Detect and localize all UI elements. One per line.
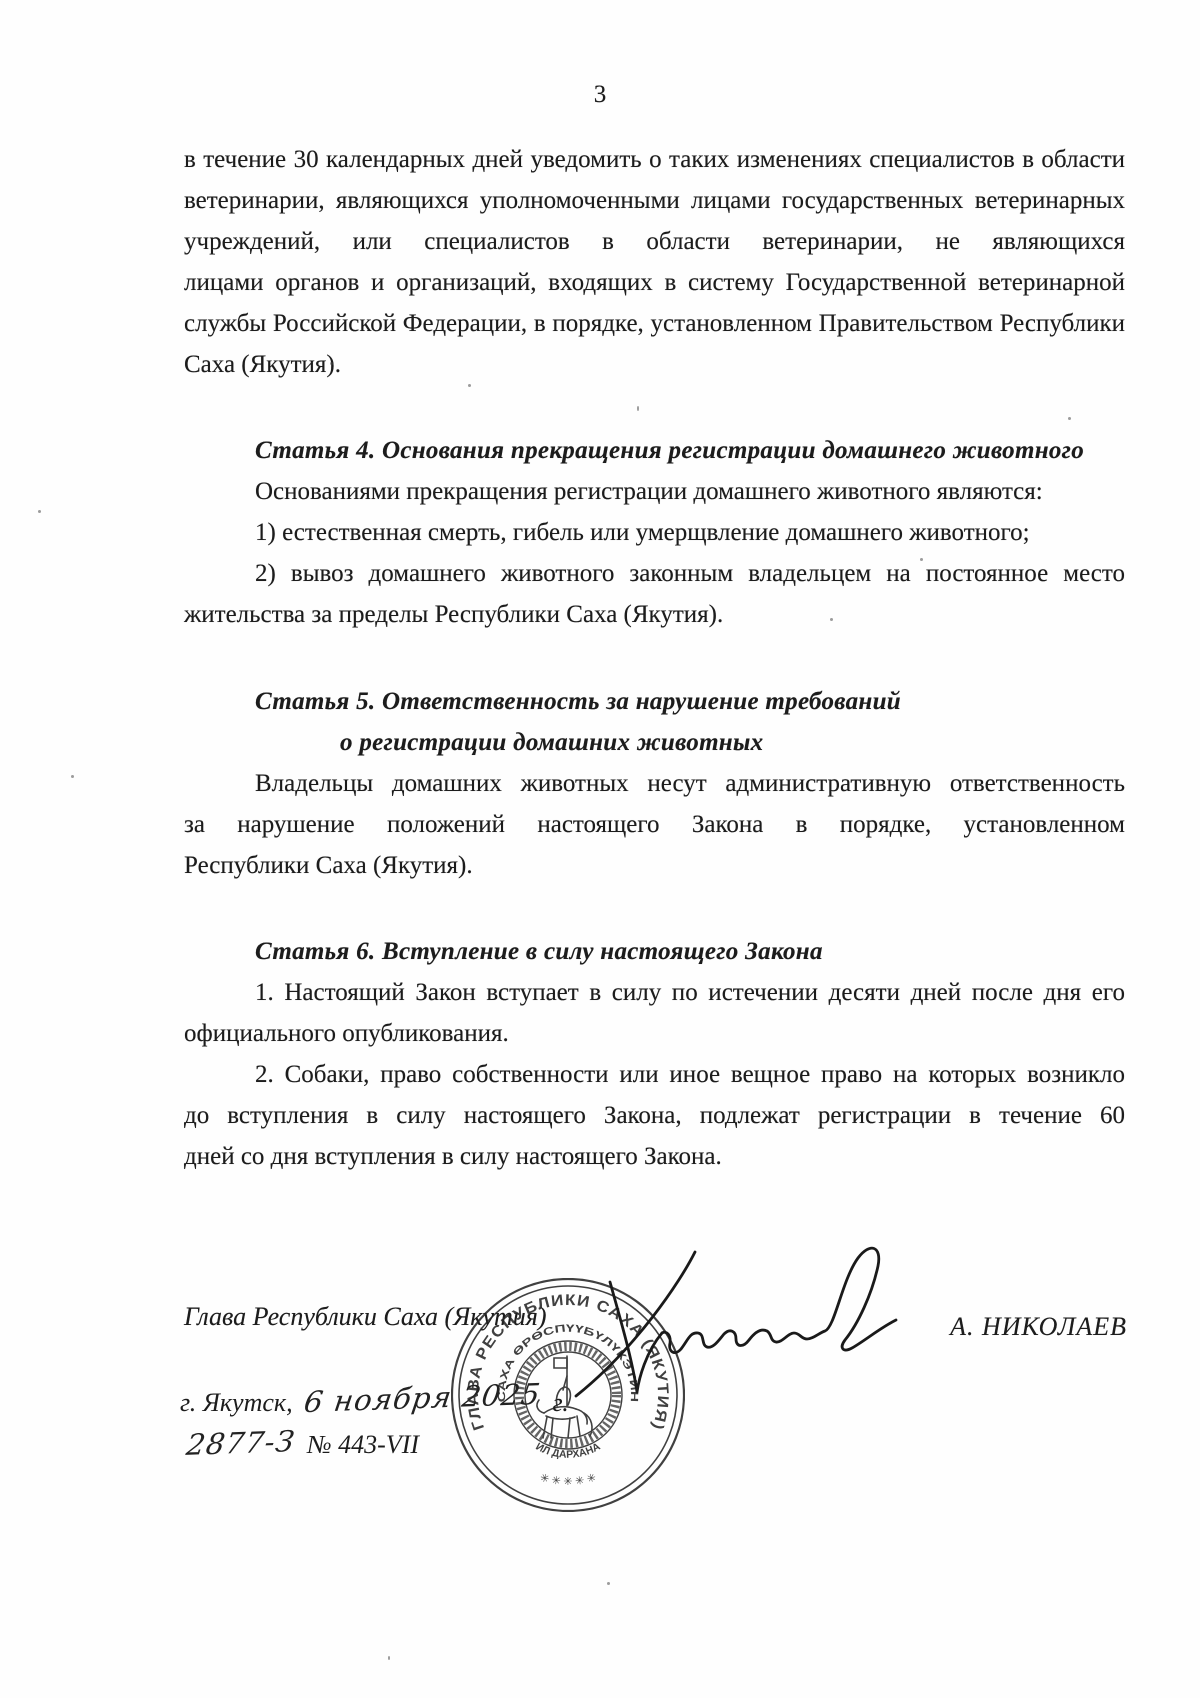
handwritten-doc-number: 2877-З xyxy=(184,1423,297,1463)
article-4-title: Статья 4. Основания прекращения регистра… xyxy=(184,430,1125,471)
text-line: ветеринарии, являющихся уполномоченными … xyxy=(184,180,1125,221)
article-5-title-line2: о регистрации домашних животных xyxy=(184,722,1125,763)
scan-speck xyxy=(920,558,923,561)
text-line: 1. Настоящий Закон вступает в силу по ис… xyxy=(184,972,1125,1013)
text-line: Саха (Якутия). xyxy=(184,344,1125,385)
stamp-stars: ✳ ✳ ✳ ✳ ✳ xyxy=(538,1472,597,1488)
text-line: 2. Собаки, право собственности или иное … xyxy=(184,1054,1125,1095)
text-line: Основаниями прекращения регистрации дома… xyxy=(184,471,1125,512)
document-number-line: 2877-З № 443-VII xyxy=(187,1425,419,1463)
scan-speck xyxy=(388,1656,390,1660)
scan-speck xyxy=(830,618,833,621)
page-number: 3 xyxy=(0,80,1200,110)
scanned-document-page: 3 в течение 30 календарных дней уведомит… xyxy=(0,0,1200,1698)
scan-speck xyxy=(607,1582,610,1585)
scan-speck xyxy=(71,775,74,778)
article-5-title: Статья 5. Ответственность за нарушение т… xyxy=(184,681,1125,722)
scan-speck xyxy=(38,510,41,513)
place-label: г. Якутск, xyxy=(180,1388,293,1417)
text-line: 2) вывоз домашнего животного законным вл… xyxy=(184,553,1125,594)
scan-speck xyxy=(637,406,639,411)
text-line: официального опубликования. xyxy=(184,1013,1125,1054)
handwritten-signature xyxy=(540,1230,930,1415)
article-6-title: Статья 6. Вступление в силу настоящего З… xyxy=(184,931,1125,972)
svg-text:✳ ✳ ✳ ✳ ✳: ✳ ✳ ✳ ✳ ✳ xyxy=(538,1472,597,1488)
scan-speck xyxy=(468,384,471,387)
doc-number-printed: № 443-VII xyxy=(307,1430,419,1459)
text-line: учреждений, или специалистов в области в… xyxy=(184,221,1125,262)
text-line: дней со дня вступления в силу настоящего… xyxy=(184,1136,1125,1177)
svg-text:ИЛ ДАРХАНА: ИЛ ДАРХАНА xyxy=(534,1440,603,1460)
text-line: службы Российской Федерации, в порядке, … xyxy=(184,303,1125,344)
stamp-sakha-text-bottom: ИЛ ДАРХАНА xyxy=(534,1440,603,1460)
text-line: за нарушение положений настоящего Закона… xyxy=(184,804,1125,845)
text-line: лицами органов и организаций, входящих в… xyxy=(184,262,1125,303)
text-line: жительства за пределы Республики Саха (Я… xyxy=(184,594,1125,635)
text-line: Республики Саха (Якутия). xyxy=(184,845,1125,886)
scan-speck xyxy=(330,362,333,365)
scan-speck xyxy=(1068,417,1071,420)
text-line: в течение 30 календарных дней уведомить … xyxy=(184,139,1125,180)
text-line: Владельцы домашних животных несут админи… xyxy=(184,763,1125,804)
text-line: до вступления в силу настоящего Закона, … xyxy=(184,1095,1125,1136)
text-line: 1) естественная смерть, гибель или умерщ… xyxy=(184,512,1125,553)
